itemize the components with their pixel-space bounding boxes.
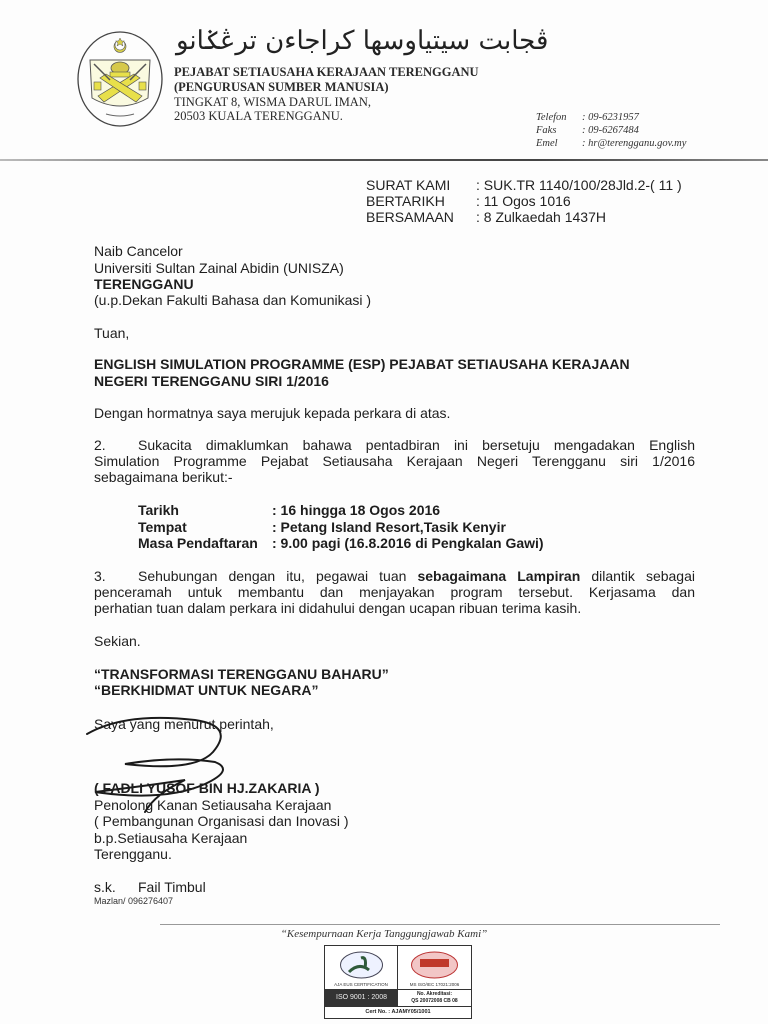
subject-line2: NEGERI TERENGGANU SIRI 1/2016 bbox=[94, 373, 329, 390]
slogan-2: “BERKHIDMAT UNTUK NEGARA” bbox=[94, 682, 319, 699]
address-line2: 20503 KUALA TERENGGANU. bbox=[174, 109, 343, 124]
signatory-title2: ( Pembangunan Organisasi dan Inovasi ) bbox=[94, 813, 348, 830]
certification-box: AJA EUS CERTIFICATION MS ISO/IEC 17021:2… bbox=[324, 945, 472, 1019]
ref-surat-kami: SURAT KAMI: SUK.TR 1140/100/28Jld.2-( 11… bbox=[366, 177, 682, 194]
letterhead-divider bbox=[0, 159, 768, 161]
detail-tarikh: Tarikh: 16 hingga 18 Ogos 2016 bbox=[138, 502, 440, 519]
recipient-line3: TERENGGANU bbox=[94, 276, 194, 293]
standards-malaysia-icon bbox=[410, 950, 459, 980]
jawi-office-name: ڤجابت سيتياوسها كراجاءن ترڠݢانو bbox=[176, 26, 548, 56]
closing: Sekian. bbox=[94, 633, 141, 650]
salutation: Tuan, bbox=[94, 325, 129, 342]
signatory-name: ( FADLI YUSOF BIN HJ.ZAKARIA ) bbox=[94, 780, 320, 797]
recipient-line2: Universiti Sultan Zainal Abidin (UNISZA) bbox=[94, 260, 344, 277]
contact-email: Emel: hr@terengganu.gov.my bbox=[536, 137, 686, 150]
subject-line1: ENGLISH SIMULATION PROGRAMME (ESP) PEJAB… bbox=[94, 356, 630, 373]
recipient-line1: Naib Cancelor bbox=[94, 243, 183, 260]
recipient-line4: (u.p.Dekan Fakulti Bahasa dan Komunikasi… bbox=[94, 292, 371, 309]
carbon-copy: s.k.Fail Timbul bbox=[94, 879, 206, 896]
detail-tempat: Tempat: Petang Island Resort,Tasik Kenyi… bbox=[138, 519, 506, 536]
paragraph-1: Dengan hormatnya saya merujuk kepada per… bbox=[94, 405, 450, 422]
paragraph-2-line3: sebagaimana berikut:- bbox=[94, 469, 233, 486]
detail-masa-pendaftaran: Masa Pendaftaran: 9.00 pagi (16.8.2016 d… bbox=[138, 535, 544, 552]
coat-of-arms-icon bbox=[76, 30, 164, 128]
address-line1: TINGKAT 8, WISMA DARUL IMAN, bbox=[174, 95, 371, 110]
paragraph-3-line2: penceramah untuk membantu dan menjayakan… bbox=[94, 584, 695, 601]
org-name: PEJABAT SETIAUSAHA KERAJAAN TERENGGANU bbox=[174, 65, 479, 80]
accreditation-label: No. Akreditasi: QS 20072008 CB 08 bbox=[398, 990, 471, 1006]
aja-logo-icon bbox=[339, 950, 384, 980]
iso-label: ISO 9001 : 2008 bbox=[325, 990, 398, 1006]
ref-bersamaan: BERSAMAAN: 8 Zulkaedah 1437H bbox=[366, 209, 606, 226]
paragraph-3-line1: 3.Sehubungan dengan itu, pegawai tuan se… bbox=[94, 568, 695, 585]
signatory-title3: b.p.Setiausaha Kerajaan bbox=[94, 830, 247, 847]
slogan-1: “TRANSFORMASI TERENGGANU BAHARU” bbox=[94, 666, 389, 683]
contact-fax: Faks: 09-6267484 bbox=[536, 124, 639, 137]
reference-contact: Mazlan/ 096276407 bbox=[94, 896, 173, 906]
signatory-title1: Penolong Kanan Setiausaha Kerajaan bbox=[94, 797, 331, 814]
footer-divider bbox=[160, 924, 720, 925]
aja-cert-cell: AJA EUS CERTIFICATION bbox=[325, 946, 398, 990]
division-name: (PENGURUSAN SUMBER MANUSIA) bbox=[174, 80, 389, 95]
signatory-title4: Terengganu. bbox=[94, 846, 172, 863]
cert-number: Cert No. : AJAMY05/1001 bbox=[325, 1006, 471, 1018]
paragraph-2-line2: Simulation Programme Pejabat Setiausaha … bbox=[94, 453, 695, 470]
ref-bertarikh: BERTARIKH: 11 Ogos 1016 bbox=[366, 193, 571, 210]
paragraph-3-line3: perhatian tuan dalam perkara ini didahul… bbox=[94, 600, 581, 617]
footer-motto: “Kesempurnaan Kerja Tanggungjawab Kami” bbox=[0, 928, 768, 940]
contact-phone: Telefon: 09-6231957 bbox=[536, 111, 639, 124]
standards-cell: MS ISO/IEC 17021:2006 bbox=[398, 946, 471, 990]
paragraph-2-line1: 2.Sukacita dimaklumkan bahawa pentadbira… bbox=[94, 437, 695, 454]
